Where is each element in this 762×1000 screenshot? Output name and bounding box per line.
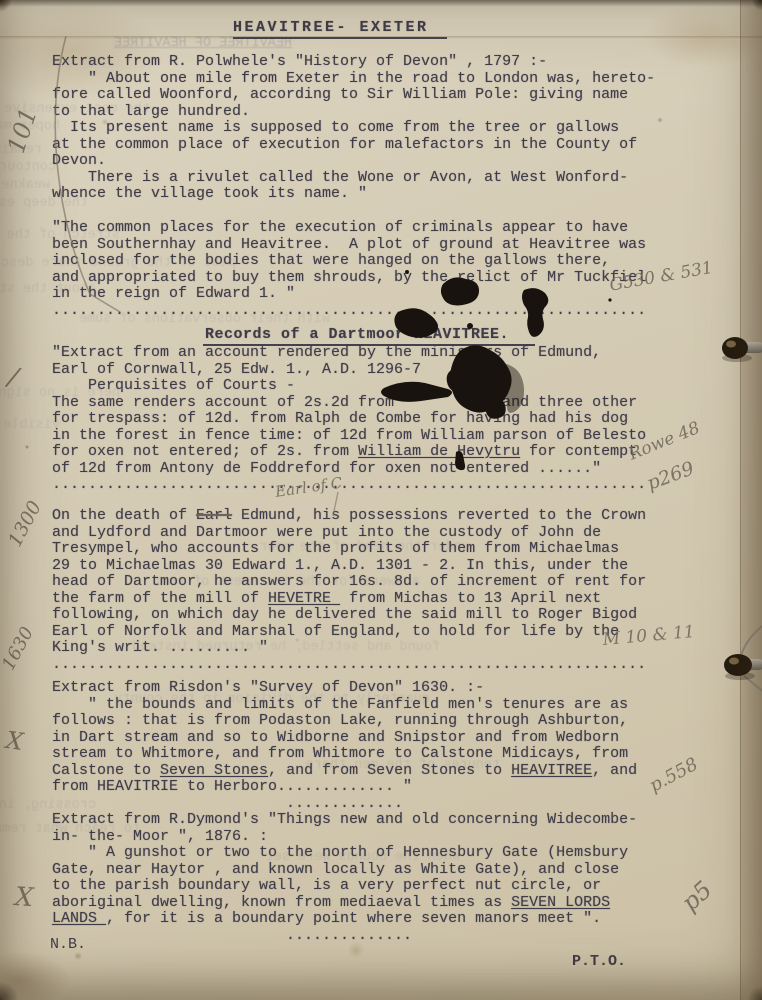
typed-line: Extract from Risdon's "Survey of Devon" … <box>52 680 652 697</box>
typed-line: " About one mile from Exeter in the road… <box>52 71 652 88</box>
typed-line: ........................................… <box>52 657 652 674</box>
bleed-line: weakness of a position such as this <box>0 178 50 193</box>
pencil-annotation: 1300 <box>4 497 46 550</box>
pencil-annotation: 1630 <box>0 624 38 674</box>
typed-line: to that large hundred. <box>52 104 652 121</box>
typed-line: head of Dartmoor, he answers for 16s. 8d… <box>52 574 652 591</box>
typed-line: at the common place of execution for mal… <box>52 137 652 154</box>
typed-line: and appropriated to buy them shrouds, by… <box>52 270 652 287</box>
section-earl-of-cornwall: "Extract from an account rendered by the… <box>52 345 652 494</box>
typed-line: follows : that is from Podaston Lake, ru… <box>52 713 652 730</box>
section-polwhele-extract: Extract from R. Polwhele's "History of D… <box>52 54 652 203</box>
pencil-annotation: X <box>14 882 35 913</box>
bleed-line: contours of the fortification there <box>0 160 56 175</box>
typed-line: On the death of Earl Edmund, his possess… <box>52 508 652 525</box>
paper-fastener-top <box>722 337 762 362</box>
typed-line: "Extract from an account rendered by the… <box>52 345 652 362</box>
pencil-annotation: p.558 <box>646 754 701 797</box>
pencil-annotation: p5 <box>676 875 718 916</box>
section-dymond-extract: Extract from R.Dymond's "Things new and … <box>52 812 652 944</box>
typed-line: The same renders account of 2s.2d from R… <box>52 395 652 412</box>
typed-line: LANDS , for it is a boundary point where… <box>52 911 652 928</box>
typed-line: in Dart stream and so to Widborne and Sn… <box>52 730 652 747</box>
typed-line: fore called Woonford, according to Sir W… <box>52 87 652 104</box>
scanned-document-page: HEAVITREE OF HEAVITREEthe most extensive… <box>0 0 762 1000</box>
typed-line: Extract from R.Dymond's "Things new and … <box>52 812 652 829</box>
paper-right-edge <box>740 0 762 1000</box>
section-death-of-edmund: On the death of Earl Edmund, his possess… <box>52 508 652 673</box>
typed-line: in the reign of Edward 1. " <box>52 286 652 303</box>
photo-top-shadow <box>0 0 762 7</box>
typed-line: Earl of Norfolk and Marshal of England, … <box>52 624 652 641</box>
typed-line: in- the- Moor ", 1876. : <box>52 829 652 846</box>
section-risdon-survey: Extract from Risdon's "Survey of Devon" … <box>52 680 652 812</box>
typed-line: Extract from R. Polwhele's "History of D… <box>52 54 652 71</box>
typed-line: .............. <box>52 928 652 945</box>
typed-line: been Southernhay and Heavitree. A plot o… <box>52 237 652 254</box>
pencil-annotation: X <box>4 726 25 756</box>
typed-line: the farm of the mill of HEVETRE from Mic… <box>52 591 652 608</box>
typed-line: for trespass: of 12d. from Ralph de Comb… <box>52 411 652 428</box>
bleed-line: visible the weathered bank of stones <box>0 418 60 433</box>
typed-line: ............. <box>52 796 652 813</box>
typed-line: Its present name is supposed to come fro… <box>52 120 652 137</box>
typed-line: from HEAVITRIE to Herboro............. " <box>52 779 652 796</box>
typed-line: Gate, near Haytor , and known locally as… <box>52 862 652 879</box>
typed-line: of 12d from Antony de Foddreford for oxe… <box>52 461 652 478</box>
typed-line: " A gunshot or two to the north of Henne… <box>52 845 652 862</box>
typed-line: King's writ. ......... " <box>52 640 652 657</box>
typed-line: and Lydford and Dartmoor were put into t… <box>52 525 652 542</box>
typed-line: to the parish boundary wall, is a very p… <box>52 878 652 895</box>
typed-line: aboriginal dwelling, known from mediaeva… <box>52 895 652 912</box>
typed-line: stream to Whitmore, and from Whitmore to… <box>52 746 652 763</box>
typed-line: in the forest in fence time: of 12d from… <box>52 428 652 445</box>
typed-line: ........................................… <box>52 477 652 494</box>
typed-line: inclosed for the bodies that were hanged… <box>52 253 652 270</box>
typed-line: " the bounds and limits of the Fanfield … <box>52 697 652 714</box>
typed-line: Perquisites of Courts - <box>52 378 652 395</box>
typed-line: following, on which day he delivered the… <box>52 607 652 624</box>
typed-line: 29 to Michaelmas 30 Edward 1., A.D. 1301… <box>52 558 652 575</box>
typed-line: Devon. <box>52 153 652 170</box>
typed-line: whence the village took its name. " <box>52 186 652 203</box>
typed-line: for oxen not entered; of 2s. from Willia… <box>52 444 652 461</box>
section-common-places: "The common places for the execution of … <box>52 220 652 319</box>
footer-nb: N.B. <box>50 936 86 953</box>
section-heading-dartmoor-records: Records of a Dartmoor HEAVITREE. <box>203 326 535 346</box>
typed-line: Earl of Cornwall, 25 Edw. 1., A.D. 1296-… <box>52 362 652 379</box>
page-title: HEAVITREE- EXETER <box>233 19 447 39</box>
typed-line: There is a rivulet called the Wone or Av… <box>52 170 652 187</box>
footer-pto: P.T.O. <box>572 953 626 970</box>
typed-line: Calstone to Seven Stones, and from Seven… <box>52 763 652 780</box>
typed-line: ........................................… <box>52 303 652 320</box>
paper-fastener-bottom <box>724 626 762 692</box>
typed-line: "The common places for the execution of … <box>52 220 652 237</box>
typed-line: Tresympel, who accounts for the profits … <box>52 541 652 558</box>
